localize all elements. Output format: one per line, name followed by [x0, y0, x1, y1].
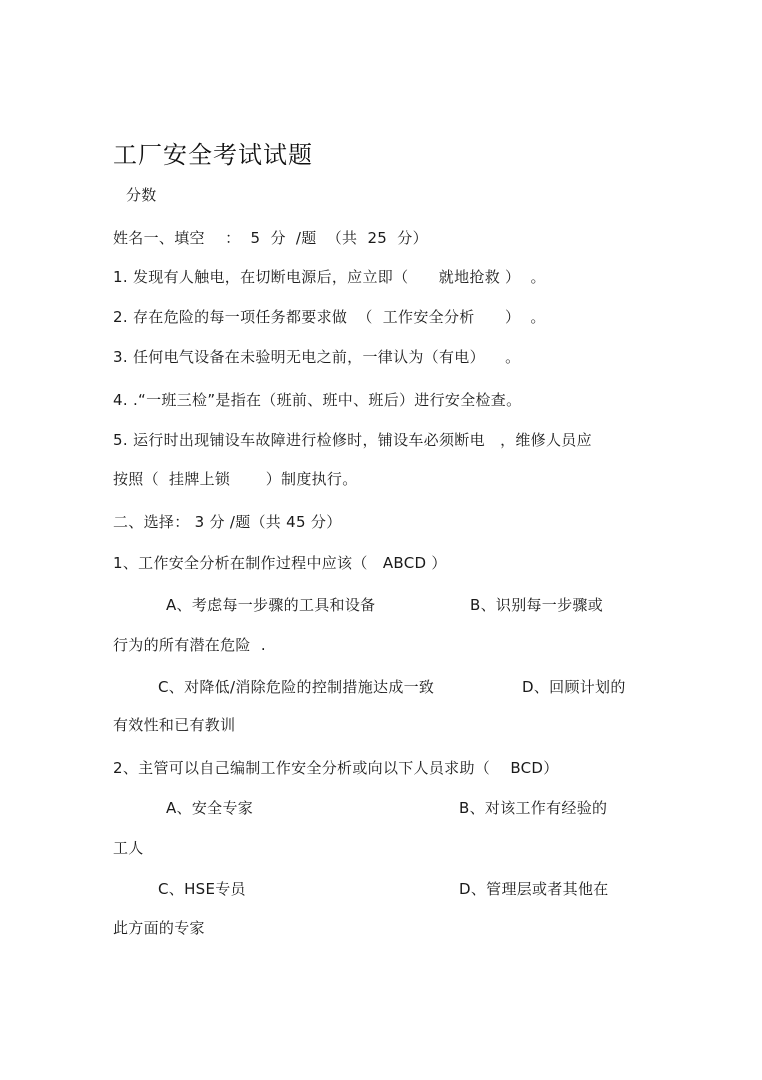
q1-option-a: A、考虑每一步骤的工具和设备 — [166, 595, 375, 615]
q1-option-d: D、回顾计划的 — [522, 677, 626, 697]
choice-question-1: 1、工作安全分析在制作过程中应该（ ABCD ） — [113, 553, 447, 573]
q1-option-d-cont: 有效性和已有教训 — [113, 715, 235, 735]
fill-in-question-2: 2. 存在危险的每一项任务都要求做 （ 工作安全分析 ） 。 — [113, 307, 546, 327]
fill-in-question-5: 5. 运行时出现铺设车故障进行检修时，铺设车必须断电 ，维修人员应 — [113, 430, 592, 450]
q2-option-d: D、管理层或者其他在 — [459, 879, 609, 899]
score-label: 分数 — [126, 185, 157, 205]
q1-option-b-cont: 行为的所有潜在危险 . — [113, 635, 266, 655]
section2-header: 二、选择： 3 分 /题（共 45 分） — [113, 512, 342, 532]
q1-option-b: B、识别每一步骤或 — [470, 595, 603, 615]
page-title: 工厂安全考试试题 — [113, 140, 313, 170]
fill-in-question-4: 4. .“一班三检”是指在（班前、班中、班后）进行安全检查。 — [113, 390, 521, 410]
choice-question-2: 2、主管可以自己编制工作安全分析或向以下人员求助（ BCD） — [113, 758, 559, 778]
q2-option-c: C、HSE专员 — [158, 879, 246, 899]
q2-option-d-cont: 此方面的专家 — [113, 918, 205, 938]
fill-in-question-1: 1. 发现有人触电，在切断电源后，应立即（ 就地抢救 ） 。 — [113, 267, 546, 287]
q2-option-a: A、安全专家 — [166, 798, 253, 818]
q2-option-b: B、对该工作有经验的 — [459, 798, 607, 818]
fill-in-question-5-cont: 按照（ 挂牌上锁 ）制度执行。 — [113, 469, 358, 489]
fill-in-question-3: 3. 任何电气设备在未验明无电之前，一律认为（有电） 。 — [113, 347, 520, 367]
q1-option-c: C、对降低/消除危险的控制措施达成一致 — [158, 677, 434, 697]
name-and-section1-header: 姓名一、填空 ： 5 分 /题 （共 25 分） — [113, 228, 428, 248]
q2-option-b-cont: 工人 — [113, 838, 144, 858]
